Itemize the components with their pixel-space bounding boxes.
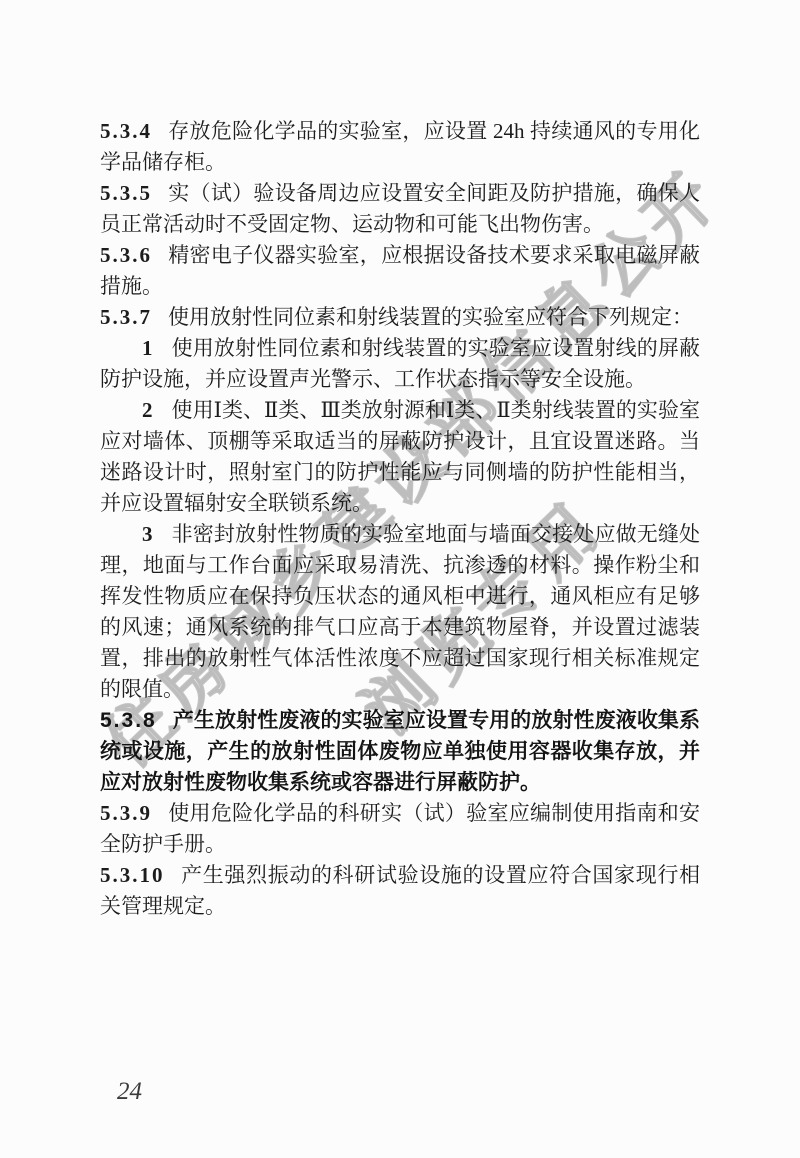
clause-text: 实（试）验设备周边应设置安全间距及防护措施，确保人员正常活动时不受固定物、运动物… xyxy=(100,181,700,236)
subitem-1: 1使用放射性同位素和射线装置的实验室应设置射线的屏蔽防护设施，并应设置声光警示、… xyxy=(100,333,700,395)
subitem-text: 使用放射性同位素和射线装置的实验室应设置射线的屏蔽防护设施，并应设置声光警示、工… xyxy=(100,336,700,391)
clause-text: 精密电子仪器实验室，应根据设备技术要求采取电磁屏蔽措施。 xyxy=(100,243,700,298)
clause-5-3-6: 5.3.6精密电子仪器实验室，应根据设备技术要求采取电磁屏蔽措施。 xyxy=(100,240,700,302)
clause-text: 产生放射性废液的实验室应设置专用的放射性废液收集系统或设施，产生的放射性固体废物… xyxy=(100,709,700,794)
clause-text: 存放危险化学品的实验室，应设置 24h 持续通风的专用化学品储存柜。 xyxy=(100,119,700,174)
clause-text: 产生强烈振动的科研试验设施的设置应符合国家现行相关管理规定。 xyxy=(100,863,700,918)
document-page: 住房城乡建设部信息公开 浏览专用 5.3.4存放危险化学品的实验室，应设置 24… xyxy=(0,0,800,1158)
clause-number: 5.3.8 xyxy=(100,709,157,732)
document-body: 5.3.4存放危险化学品的实验室，应设置 24h 持续通风的专用化学品储存柜。 … xyxy=(100,116,700,922)
clause-5-3-4: 5.3.4存放危险化学品的实验室，应设置 24h 持续通风的专用化学品储存柜。 xyxy=(100,116,700,178)
clause-number: 5.3.4 xyxy=(100,119,152,143)
clause-number: 5.3.9 xyxy=(100,801,152,825)
clause-5-3-8-mandatory: 5.3.8产生放射性废液的实验室应设置专用的放射性废液收集系统或设施，产生的放射… xyxy=(100,705,700,798)
subitem-number: 3 xyxy=(142,522,153,546)
subitem-2: 2使用Ⅰ类、Ⅱ类、Ⅲ类放射源和Ⅰ类、Ⅱ类射线装置的实验室应对墙体、顶棚等采取适当… xyxy=(100,395,700,519)
clause-5-3-5: 5.3.5实（试）验设备周边应设置安全间距及防护措施，确保人员正常活动时不受固定… xyxy=(100,178,700,240)
subitem-number: 1 xyxy=(142,336,153,360)
clause-5-3-9: 5.3.9使用危险化学品的科研实（试）验室应编制使用指南和安全防护手册。 xyxy=(100,798,700,860)
clause-number: 5.3.6 xyxy=(100,243,152,267)
clause-number: 5.3.7 xyxy=(100,305,152,329)
subitem-number: 2 xyxy=(142,398,153,422)
page-number: 24 xyxy=(117,1078,142,1106)
clause-number: 5.3.10 xyxy=(100,863,165,887)
clause-number: 5.3.5 xyxy=(100,181,152,205)
subitem-text: 使用Ⅰ类、Ⅱ类、Ⅲ类放射源和Ⅰ类、Ⅱ类射线装置的实验室应对墙体、顶棚等采取适当的… xyxy=(100,398,700,515)
subitem-3: 3非密封放射性物质的实验室地面与墙面交接处应做无缝处理，地面与工作台面应采取易清… xyxy=(100,519,700,705)
clause-text: 使用危险化学品的科研实（试）验室应编制使用指南和安全防护手册。 xyxy=(100,801,700,856)
clause-text: 使用放射性同位素和射线装置的实验室应符合下列规定： xyxy=(168,305,693,329)
subitem-text: 非密封放射性物质的实验室地面与墙面交接处应做无缝处理，地面与工作台面应采取易清洗… xyxy=(100,522,700,701)
clause-5-3-7: 5.3.7使用放射性同位素和射线装置的实验室应符合下列规定： xyxy=(100,302,700,333)
clause-5-3-10: 5.3.10产生强烈振动的科研试验设施的设置应符合国家现行相关管理规定。 xyxy=(100,860,700,922)
